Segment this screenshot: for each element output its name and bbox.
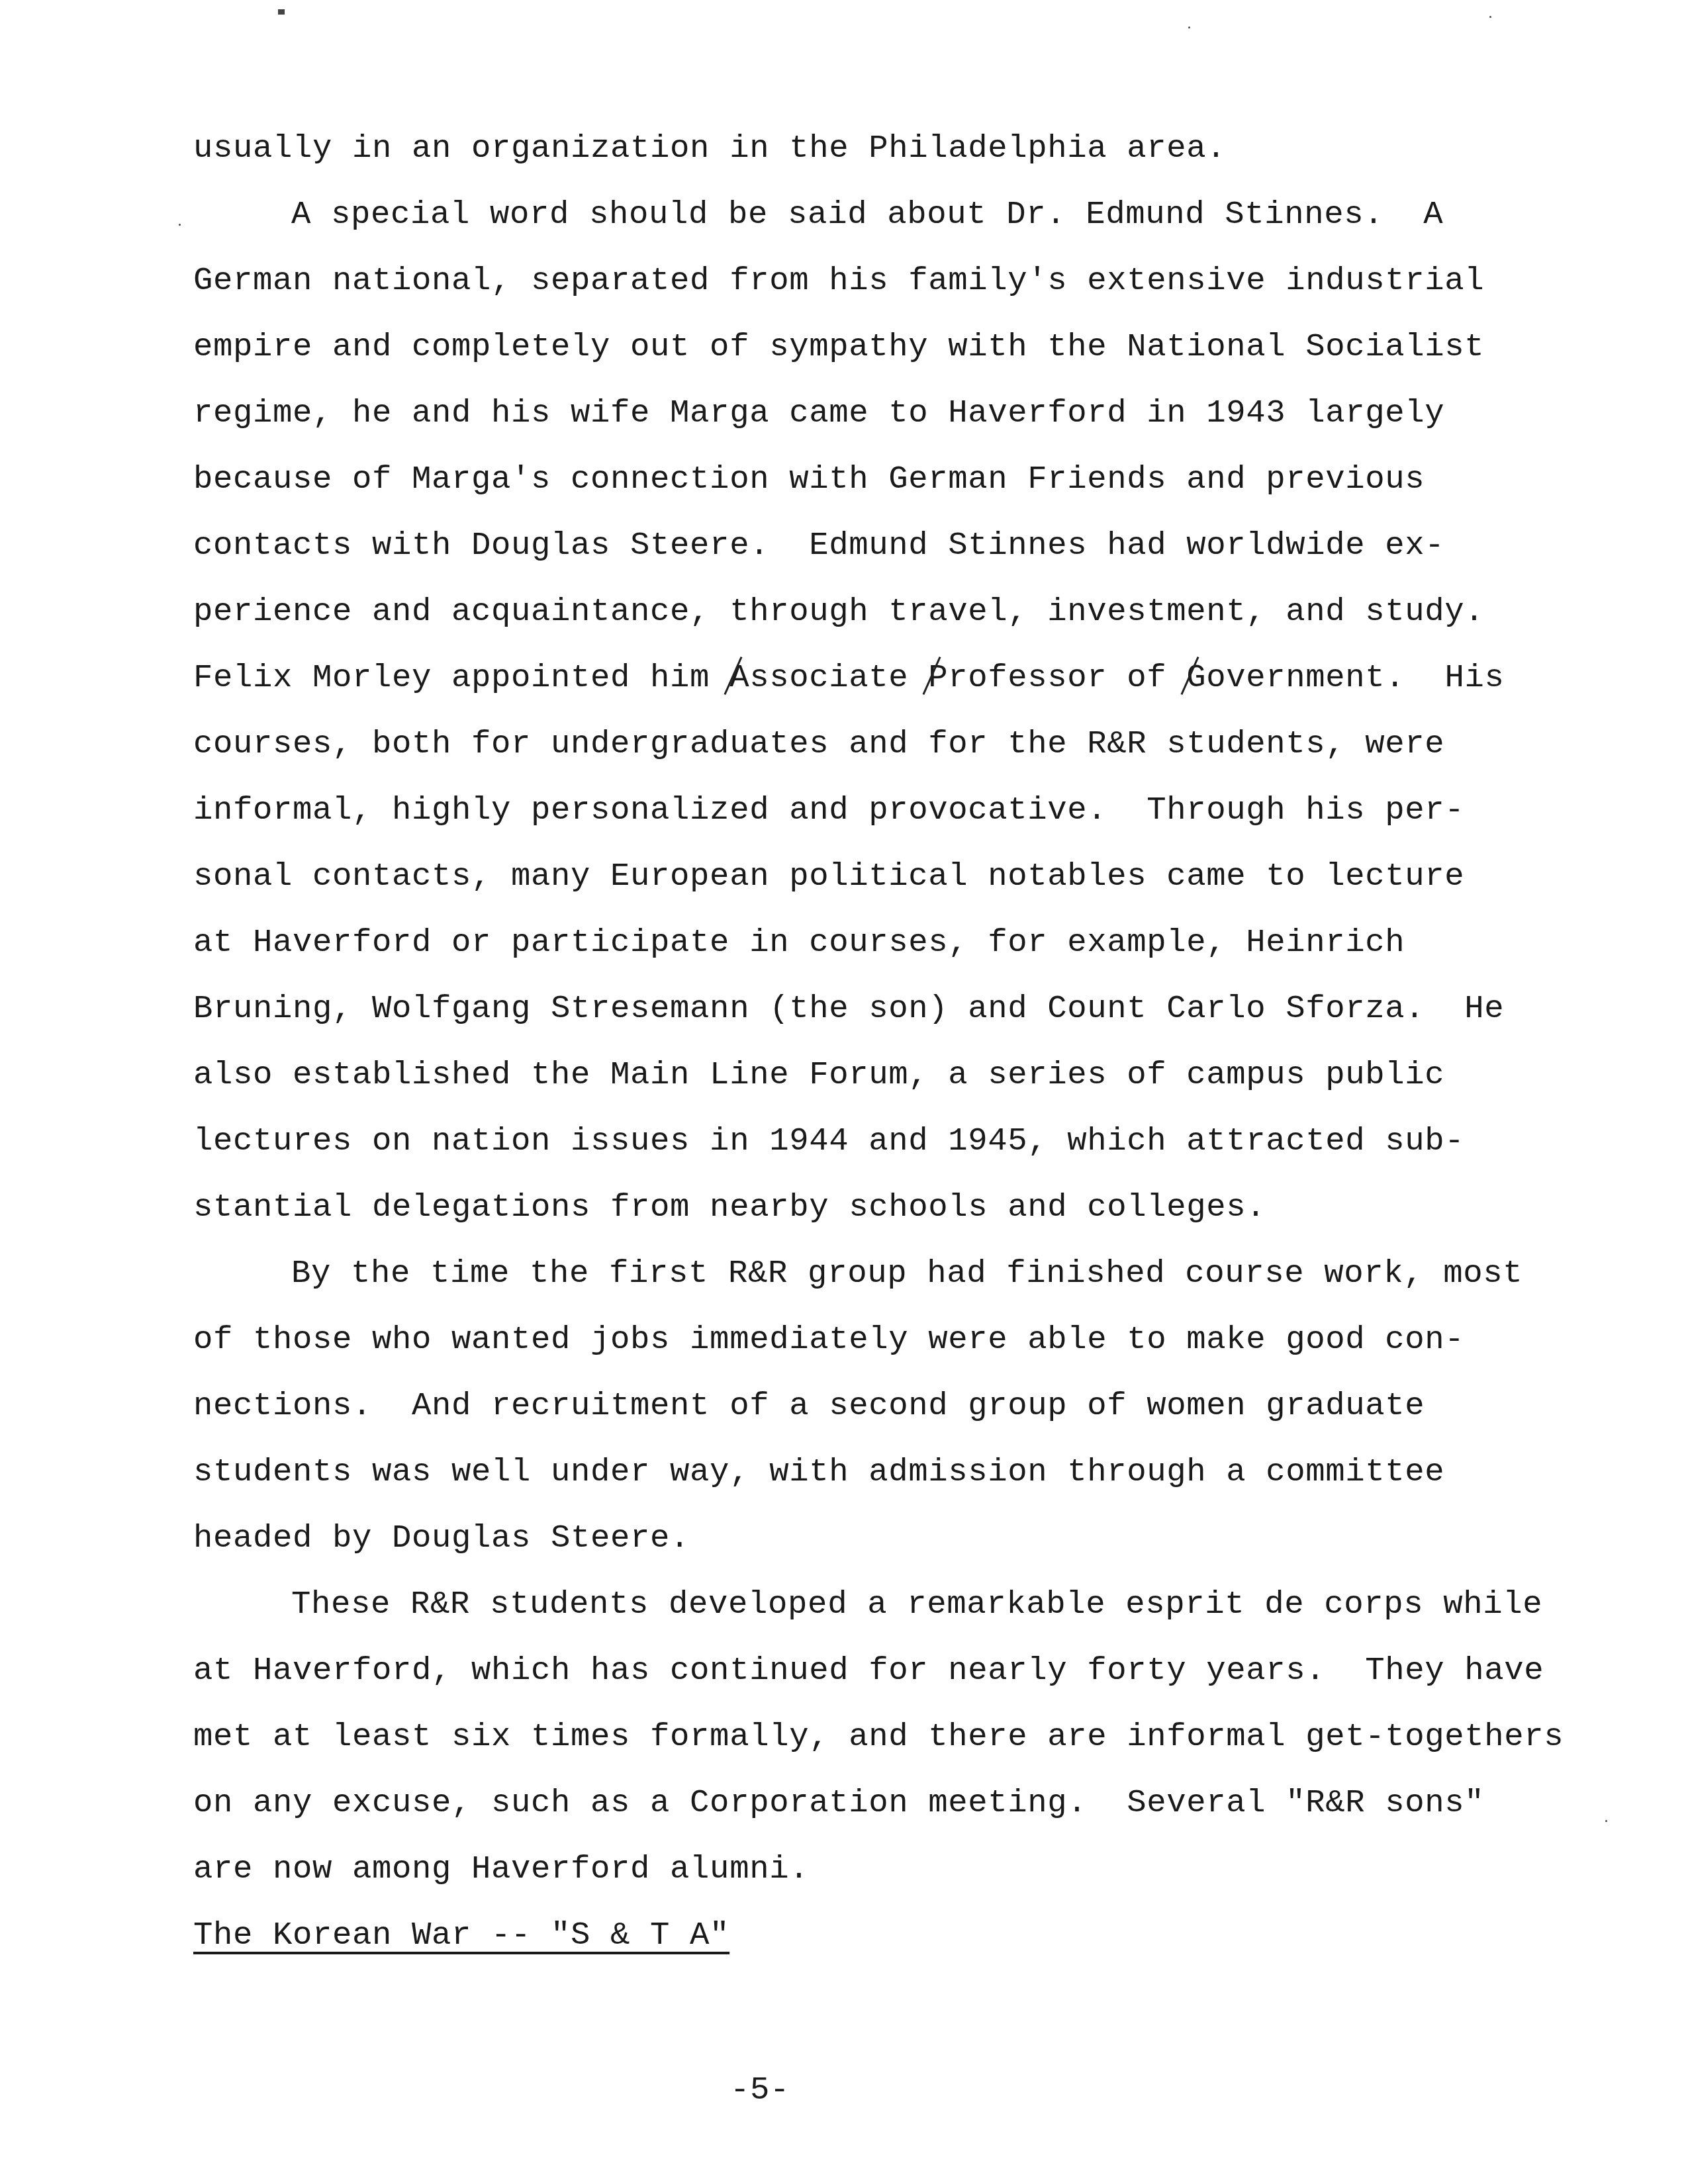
text-line: of those who wanted jobs immediately wer…	[193, 1320, 1464, 1359]
text-line: informal, highly personalized and provoc…	[193, 790, 1464, 830]
handwritten-correction-mark: G	[1186, 658, 1206, 698]
text-line: also established the Main Line Forum, a …	[193, 1055, 1444, 1095]
text-line: A special word should be said about Dr. …	[291, 195, 1443, 234]
text-line: perience and acquaintance, through trave…	[193, 592, 1484, 631]
handwritten-correction-mark: P	[928, 658, 948, 698]
document-page: usually in an organization in the Philad…	[0, 0, 1688, 2184]
text-line: lectures on nation issues in 1944 and 19…	[193, 1121, 1464, 1161]
text-line: headed by Douglas Steere.	[193, 1518, 690, 1558]
text-line: sonal contacts, many European political …	[193, 856, 1464, 896]
text-line: Felix Morley appointed him Associate Pro…	[193, 658, 1504, 698]
text-line: at Haverford or participate in courses, …	[193, 923, 1405, 962]
text-line: contacts with Douglas Steere. Edmund Sti…	[193, 525, 1444, 565]
text-line: are now among Haverford alumni.	[193, 1849, 809, 1889]
text-line: students was well under way, with admiss…	[193, 1452, 1444, 1492]
text-line: met at least six times formally, and the…	[193, 1717, 1564, 1756]
text-line: courses, both for undergraduates and for…	[193, 724, 1444, 764]
section-heading: The Korean War -- "S & T A"	[193, 1915, 729, 1955]
text-line: usually in an organization in the Philad…	[193, 128, 1226, 168]
scan-speck	[179, 224, 181, 226]
text-line: By the time the first R&R group had fini…	[291, 1253, 1523, 1293]
scan-speck	[278, 9, 285, 15]
scan-speck	[1188, 26, 1190, 28]
handwritten-correction-mark: A	[729, 658, 749, 698]
page-number: -5-	[730, 2070, 790, 2110]
text-line: German national, separated from his fami…	[193, 261, 1484, 300]
text-line: at Haverford, which has continued for ne…	[193, 1651, 1544, 1690]
text-line: nections. And recruitment of a second gr…	[193, 1386, 1425, 1426]
text-line: because of Marga's connection with Germa…	[193, 459, 1425, 499]
text-line: empire and completely out of sympathy wi…	[193, 327, 1484, 367]
text-line: These R&R students developed a remarkabl…	[291, 1584, 1542, 1624]
scan-speck	[1605, 1820, 1607, 1822]
text-line: on any excuse, such as a Corporation mee…	[193, 1783, 1484, 1823]
scan-speck	[1489, 16, 1491, 18]
text-line: stantial delegations from nearby schools…	[193, 1187, 1266, 1227]
text-line: Bruning, Wolfgang Stresemann (the son) a…	[193, 989, 1504, 1028]
text-line: regime, he and his wife Marga came to Ha…	[193, 393, 1444, 433]
